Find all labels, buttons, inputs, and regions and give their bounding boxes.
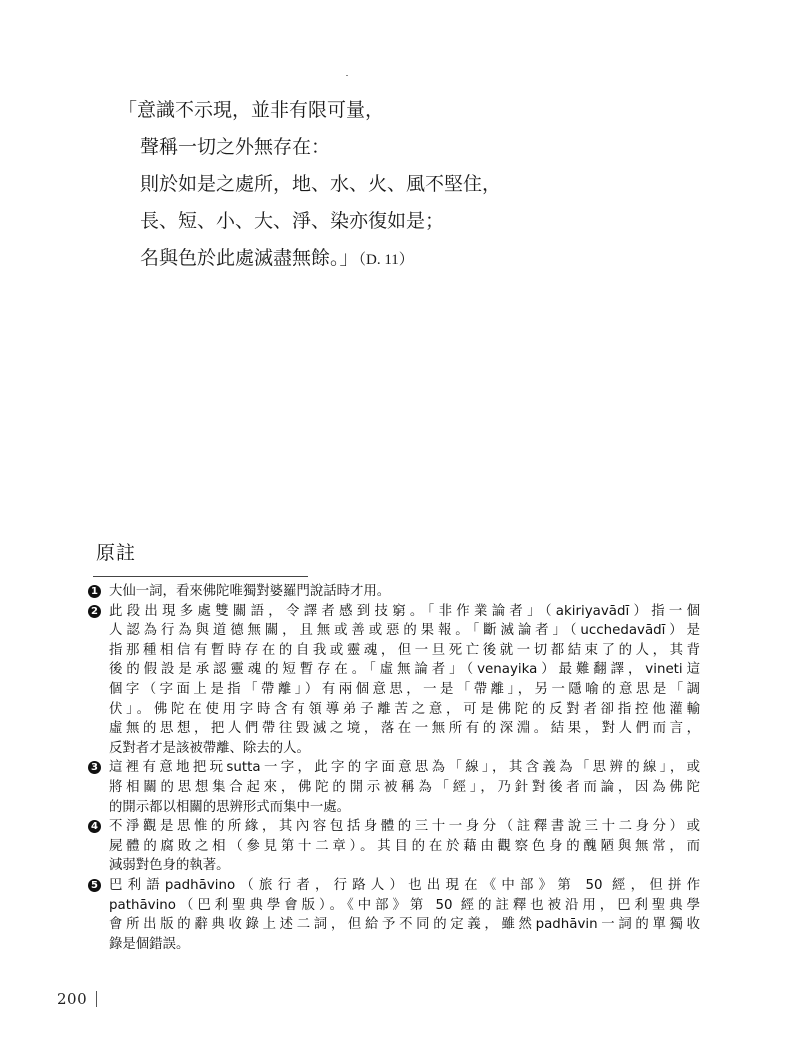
note-line: 伏」。佛陀在使用字時含有領導弟子離苦之意，可是佛陀的反對者卻指控他灌輸 <box>109 700 700 720</box>
note-number-badge: 4 <box>88 820 101 833</box>
verse-line: 長、短、小、大、淨、染亦復如是； <box>118 203 638 240</box>
note-number-badge: 1 <box>88 585 101 598</box>
note-line: 不淨觀是思惟的所緣，其內容包括身體的三十一身分（註釋書說三十二身分）或 <box>109 817 700 837</box>
notes-list: 1 大仙一詞，看來佛陀唯獨對婆羅門說話時才用。 2 此段出現多處雙關語，令譯者感… <box>88 582 700 954</box>
note-line: 屍體的腐敗之相（參見第十二章）。其目的在於藉由觀察色身的醜陋與無常，而 <box>109 837 700 857</box>
verse-line-text: 名與色於此處滅盡無餘。」 <box>140 247 359 269</box>
note-line: 後的假設是承認靈魂的短暫存在。「虛無論者」（venayika）最難翻譯，vine… <box>109 660 700 680</box>
note-line: 這裡有意地把玩sutta一字，此字的字面意思為「線」，其含義為「思辨的線」，或 <box>109 758 700 778</box>
note-number-badge: 5 <box>88 879 101 892</box>
note-line: 將相關的思想集合起來，佛陀的開示被稱為「經」，乃針對後者而論，因為佛陀 <box>109 778 700 798</box>
note-item-3: 3 這裡有意地把玩sutta一字，此字的字面意思為「線」，其含義為「思辨的線」，… <box>88 758 700 817</box>
note-item-4: 4 不淨觀是思惟的所緣，其內容包括身體的三十一身分（註釋書說三十二身分）或 屍體… <box>88 817 700 876</box>
note-item-5: 5 巴利語padhāvino（旅行者，行路人）也出現在《中部》第 50 經，但拼… <box>88 876 700 954</box>
scan-speck <box>346 75 348 76</box>
note-line: 減弱對色身的執著。 <box>109 856 700 876</box>
verse-line-last: 名與色於此處滅盡無餘。」（D. 11） <box>118 240 638 279</box>
note-line: 大仙一詞，看來佛陀唯獨對婆羅門說話時才用。 <box>109 582 700 602</box>
verse-line: 「意識不示現，並非有限可量， <box>118 92 638 129</box>
note-line: 的開示都以相關的思辨形式而集中一處。 <box>109 798 700 818</box>
note-line: 錄是個錯誤。 <box>109 935 700 955</box>
note-number-badge: 2 <box>88 605 101 618</box>
page-number-divider <box>96 991 97 1007</box>
verse-quote: 「意識不示現，並非有限可量， 聲稱一切之外無存在： 則於如是之處所，地、水、火、… <box>118 92 638 279</box>
note-line: 此段出現多處雙關語，令譯者感到技窮。「非作業論者」（akiriyavādī）指一… <box>109 602 700 622</box>
note-number-badge: 3 <box>88 761 101 774</box>
page-number: 200 <box>57 990 87 1008</box>
note-line: 個字（字面上是指「帶離」）有兩個意思，一是「帶離」，另一隱喻的意思是「調 <box>109 680 700 700</box>
verse-line: 聲稱一切之外無存在： <box>118 129 638 166</box>
notes-heading: 原註 <box>96 538 136 565</box>
note-item-1: 1 大仙一詞，看來佛陀唯獨對婆羅門說話時才用。 <box>88 582 700 602</box>
note-line: 會所出版的辭典收錄上述二詞，但給予不同的定義，雖然padhāvin一詞的單獨收 <box>109 915 700 935</box>
note-line: 反對者才是該被帶離、除去的人。 <box>109 739 700 759</box>
verse-citation: （D. 11） <box>359 252 414 268</box>
note-line: pathāvino（巴利聖典學會版）。《中部》第 50 經的註釋也被沿用，巴利聖… <box>109 896 700 916</box>
note-line: 巴利語padhāvino（旅行者，行路人）也出現在《中部》第 50 經，但拼作 <box>109 876 700 896</box>
note-line: 指那種相信有暫時存在的自我或靈魂，但一旦死亡後就一切都結束了的人，其背 <box>109 641 700 661</box>
note-line: 虛無的思想，把人們帶往毀滅之境，落在一無所有的深淵。結果，對人們而言， <box>109 719 700 739</box>
verse-line: 則於如是之處所，地、水、火、風不堅住， <box>118 166 638 203</box>
note-item-2: 2 此段出現多處雙關語，令譯者感到技窮。「非作業論者」（akiriyavādī）… <box>88 602 700 759</box>
note-line: 人認為行為與道德無關，且無或善或惡的果報。「斷滅論者」（ucchedavādī）… <box>109 621 700 641</box>
heading-divider <box>93 576 308 577</box>
